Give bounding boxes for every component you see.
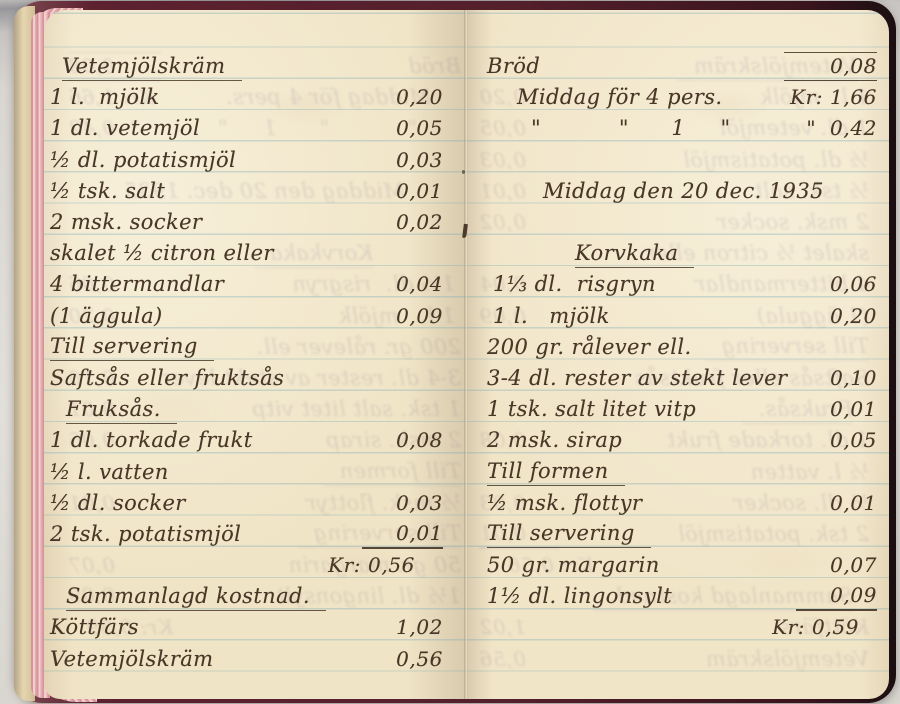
ingredient-label: 2 msk. socker	[50, 209, 202, 236]
recipe-line: 2 tsk. potatismjöl0,01	[50, 519, 443, 550]
ingredient-label: 2 tsk. potatismjöl	[50, 521, 241, 548]
section-heading: Korvkaka	[575, 240, 694, 268]
price-value: 0,06	[830, 271, 877, 298]
section-heading: Till formen	[487, 458, 625, 486]
binding-stitch-dot	[462, 170, 465, 174]
price-value: 0,03	[396, 490, 443, 517]
ingredient-label: 2 msk. sirap	[487, 427, 622, 454]
recipe-line: Vetemjölskräm0,56	[50, 644, 443, 675]
recipe-line: skalet ½ citron eller	[50, 238, 443, 269]
price-value: 0,20	[396, 84, 443, 111]
recipe-line	[487, 145, 877, 176]
ingredient-label: " " 1 "	[531, 115, 731, 142]
price-value: 0,20	[830, 303, 877, 330]
recipe-line: Fruksås.	[50, 394, 443, 425]
right-page: Vetemjölskräm1 l. mjölk0,201 dl. vetemjö…	[467, 10, 889, 699]
price-value: Kr: 0,56	[328, 552, 415, 579]
ingredient-label: 3-4 dl. rester av stekt lever	[487, 365, 787, 392]
recipe-line: 50 gr. margarin0,07	[487, 550, 877, 581]
ingredient-label: 1 dl. torkade frukt	[50, 427, 253, 454]
price-value: 0,01	[396, 178, 443, 205]
ingredient-label: ½ msk. flottyr	[487, 490, 642, 517]
ingredient-label: ½ dl. potatismjöl	[50, 147, 236, 174]
price-value: Kr: 1,66	[790, 84, 877, 111]
left-page: Bröd0,08Middag för 4 pers.Kr: 1,66" " 1 …	[44, 10, 467, 699]
ingredient-label: 4 bittermandlar	[50, 271, 224, 298]
left-page-content: Vetemjölskräm1 l. mjölk0,201 dl. vetemjö…	[44, 10, 467, 699]
recipe-line: 1 dl. torkade frukt0,08	[50, 425, 443, 456]
price-value: 0,08	[396, 427, 443, 454]
ingredient-label: 1 l. mjölk	[493, 303, 610, 330]
ingredient-label: Vetemjölskräm	[50, 646, 214, 673]
recipe-line: Till servering	[50, 332, 443, 363]
section-heading: Till servering	[50, 333, 214, 361]
recipe-line: Kr: 0,56	[50, 550, 443, 581]
ingredient-label: 50 gr. margarin	[487, 552, 660, 579]
price-value: 0,02	[396, 209, 443, 236]
recipe-line: ½ msk. flottyr0,01	[487, 488, 877, 519]
recipe-line: 3-4 dl. rester av stekt lever0,10	[487, 363, 877, 394]
price-value: 0,10	[830, 365, 877, 392]
ingredient-label: 1⅓ dl. risgryn	[493, 271, 656, 298]
price-value: 0,01	[362, 520, 443, 549]
recipe-line: 1 l. mjölk0,20	[50, 82, 443, 113]
section-heading: Sammanlagd kostnad.	[66, 583, 326, 611]
recipe-line: ½ dl. socker0,03	[50, 488, 443, 519]
recipe-line: 2 msk. sirap0,05	[487, 425, 877, 456]
price-value: 0,07	[830, 552, 877, 579]
price-value: 0,05	[830, 427, 877, 454]
recipe-line: 1 dl. vetemjöl0,05	[50, 113, 443, 144]
recipe-line: (1 äggula)0,09	[50, 301, 443, 332]
recipe-line: Kr: 0,59	[487, 612, 877, 643]
price-value: 0,01	[830, 490, 877, 517]
recipe-line: Middag för 4 pers.Kr: 1,66	[487, 82, 877, 113]
recipe-line: 1½ dl. lingonsylt0,09	[487, 581, 877, 612]
price-value: " 0,42	[806, 115, 877, 142]
price-value: 0,03	[396, 147, 443, 174]
recipe-line: Korvkaka	[487, 238, 877, 269]
price-value: 0,08	[784, 52, 877, 81]
recipe-line: 4 bittermandlar0,04	[50, 269, 443, 300]
recipe-line: ½ l. vatten	[50, 456, 443, 487]
ingredient-label: Köttfärs	[50, 614, 139, 641]
section-heading: Fruksås.	[66, 396, 177, 424]
price-value: 0,09	[796, 582, 877, 611]
price-value: 1,02	[396, 614, 443, 641]
recipe-line: Till formen	[487, 456, 877, 487]
right-page-content: Bröd0,08Middag för 4 pers.Kr: 1,66" " 1 …	[467, 10, 889, 699]
recipe-line: " " 1 "" 0,42	[487, 113, 877, 144]
price-value: 0,56	[396, 646, 443, 673]
recipe-line: 1 l. mjölk0,20	[487, 301, 877, 332]
notebook-scan: Bröd0,08Middag för 4 pers.Kr: 1,66" " 1 …	[0, 0, 900, 704]
recipe-line: Middag den 20 dec. 1935	[487, 176, 877, 207]
ingredient-label: Saftsås eller fruktsås	[50, 365, 284, 392]
recipe-line: Bröd0,08	[487, 51, 877, 82]
gutter-crease	[464, 10, 468, 699]
price-value: 0,05	[396, 115, 443, 142]
ingredient-label: 200 gr. rålever ell.	[487, 334, 692, 361]
ingredient-label: 1½ dl. lingonsylt	[487, 583, 672, 610]
ingredient-label: 1 l. mjölk	[50, 84, 160, 111]
price-value: 0,04	[396, 271, 443, 298]
ingredient-label: ½ l. vatten	[50, 459, 169, 486]
ingredient-label: (1 äggula)	[50, 303, 163, 330]
ingredient-label: Bröd	[487, 53, 540, 80]
recipe-line: 2 msk. socker0,02	[50, 207, 443, 238]
recipe-line: ½ dl. potatismjöl0,03	[50, 145, 443, 176]
section-heading: Till servering	[487, 520, 651, 548]
recipe-line: 200 gr. rålever ell.	[487, 332, 877, 363]
ingredient-label: ½ tsk. salt	[50, 178, 165, 205]
ingredient-label: skalet ½ citron eller	[50, 240, 274, 267]
recipe-line	[487, 207, 877, 238]
ingredient-label: Middag för 4 pers.	[517, 84, 722, 111]
price-value: 0,01	[830, 396, 877, 423]
ingredient-label: 1 tsk. salt litet vitp	[487, 396, 696, 423]
recipe-line: Saftsås eller fruktsås	[50, 363, 443, 394]
recipe-line: ½ tsk. salt0,01	[50, 176, 443, 207]
ingredient-label: Middag den 20 dec. 1935	[543, 178, 824, 205]
ingredient-label: 1 dl. vetemjöl	[50, 115, 200, 142]
recipe-line: 1⅓ dl. risgryn0,06	[487, 269, 877, 300]
section-heading: Vetemjölskräm	[62, 53, 242, 81]
price-value: 0,09	[396, 303, 443, 330]
recipe-line: Vetemjölskräm	[50, 51, 443, 82]
recipe-line: Sammanlagd kostnad.	[50, 581, 443, 612]
recipe-line: Köttfärs1,02	[50, 612, 443, 643]
price-value: Kr: 0,59	[772, 614, 859, 641]
ingredient-label: ½ dl. socker	[50, 490, 186, 517]
recipe-line: Till servering	[487, 519, 877, 550]
recipe-line: 1 tsk. salt litet vitp0,01	[487, 394, 877, 425]
